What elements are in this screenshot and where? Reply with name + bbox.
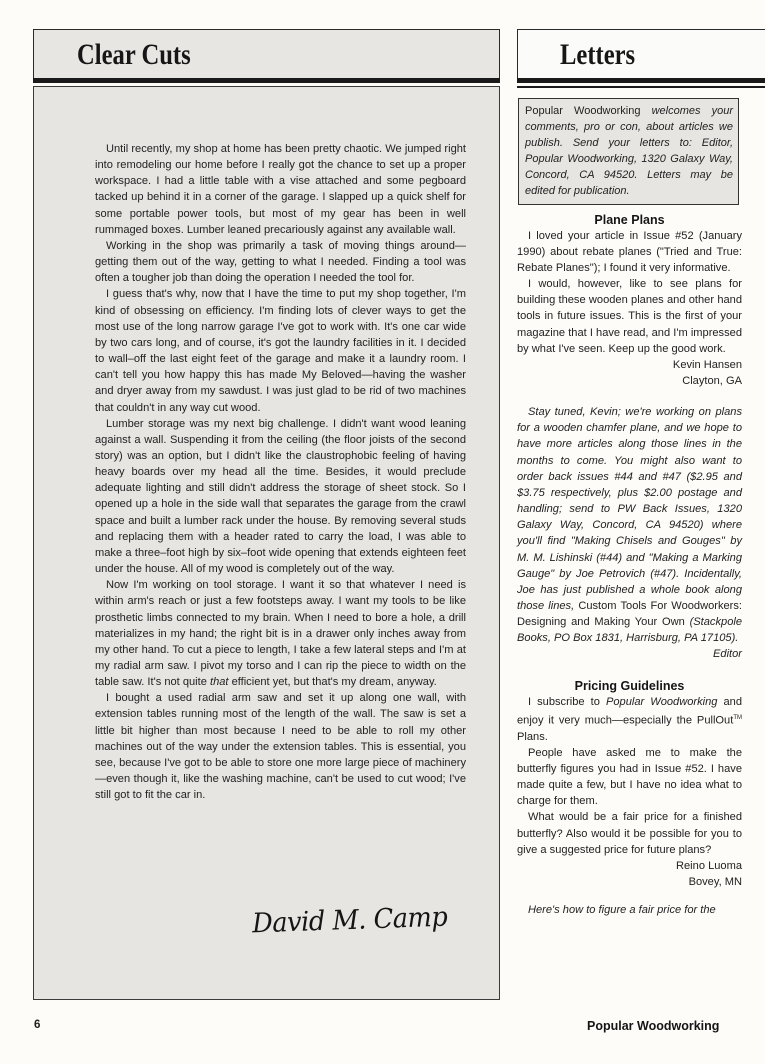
letters-title: Letters [560, 38, 635, 72]
editorial-article: Until recently, my shop at home has been… [95, 141, 466, 803]
clear-cuts-column: Clear Cuts Until recently, my shop at ho… [33, 29, 500, 1000]
editor-reply: Here's how to figure a fair price for th… [517, 902, 742, 918]
letter-paragraph: I subscribe to Popular Woodworking and e… [517, 694, 742, 745]
header-rule [517, 78, 765, 83]
editor-sign: Editor [517, 646, 742, 662]
letters-column: Letters Popular Woodworking welcomes you… [517, 29, 765, 918]
editor-reply: Stay tuned, Kevin; we're working on plan… [517, 404, 742, 646]
letter-paragraph: What would be a fair price for a finishe… [517, 809, 742, 857]
editorial-paragraph: Lumber storage was my next big challenge… [95, 416, 466, 578]
editorial-paragraph: Until recently, my shop at home has been… [95, 141, 466, 238]
page-number: 6 [34, 1019, 40, 1031]
letter-paragraph: I loved your article in Issue #52 (Janua… [517, 228, 742, 276]
clear-cuts-title: Clear Cuts [77, 38, 191, 72]
magazine-footer-title: Popular Woodworking [587, 1019, 719, 1033]
letter-heading: Pricing Guidelines [517, 678, 742, 694]
clear-cuts-body: Until recently, my shop at home has been… [33, 86, 500, 1000]
letter-heading: Plane Plans [517, 212, 742, 228]
clear-cuts-header: Clear Cuts [33, 29, 500, 78]
editorial-paragraph: I bought a used radial arm saw and set i… [95, 690, 466, 803]
letters-notice-box: Popular Woodworking welcomes your commen… [518, 98, 739, 205]
letters-header: Letters [517, 29, 765, 78]
letter-location: Bovey, MN [517, 874, 742, 890]
author-signature: David M. Camp [252, 902, 448, 940]
letter-paragraph: People have asked me to make the butterf… [517, 745, 742, 810]
letter-paragraph: I would, however, like to see plans for … [517, 276, 742, 357]
editorial-paragraph: I guess that's why, now that I have the … [95, 286, 466, 415]
header-rule [33, 78, 500, 83]
letter-author: Kevin Hansen [517, 357, 742, 373]
letters-content: Plane Plans I loved your article in Issu… [517, 212, 742, 919]
letter-author: Reino Luoma [517, 858, 742, 874]
letter-location: Clayton, GA [517, 373, 742, 389]
editorial-paragraph: Working in the shop was primarily a task… [95, 238, 466, 286]
thin-rule [517, 86, 765, 88]
editorial-paragraph: Now I'm working on tool storage. I want … [95, 577, 466, 690]
